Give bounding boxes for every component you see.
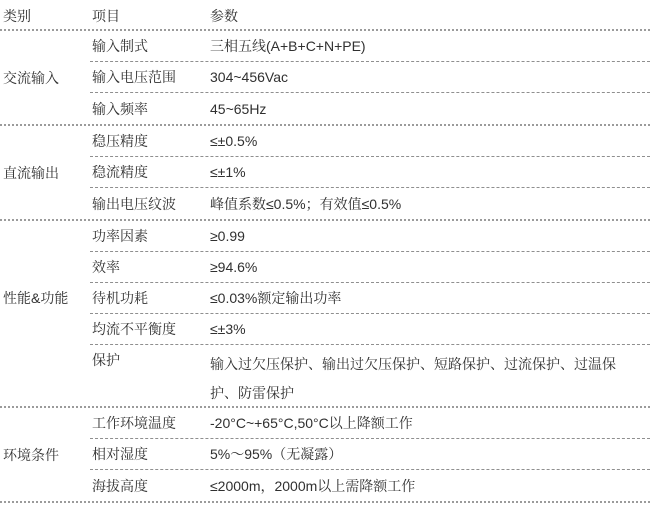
header-cell-category: 类别	[0, 6, 90, 26]
section-dc-output: 直流输出 稳压精度 ≤±0.5% 稳流精度 ≤±1% 输出电压纹波 峰值系数≤0…	[0, 126, 650, 219]
param-cell: ≤±1%	[210, 164, 650, 180]
item-cell: 稳压精度	[90, 131, 210, 151]
item-cell: 工作环境温度	[90, 413, 210, 433]
spec-table: 类别 项目 参数 交流输入 输入制式 三相五线(A+B+C+N+PE) 输入电压…	[0, 0, 650, 503]
category-label: 环境条件	[0, 408, 90, 501]
item-cell: 相对湿度	[90, 444, 210, 464]
item-cell: 保护	[90, 350, 210, 370]
param-cell: ≥0.99	[210, 228, 650, 244]
table-row: 待机功耗 ≤0.03%额定输出功率	[90, 283, 650, 314]
section-performance: 性能&功能 功率因素 ≥0.99 效率 ≥94.6% 待机功耗 ≤0.03%额定…	[0, 221, 650, 406]
param-cell: ≤2000m，2000m以上需降额工作	[210, 476, 650, 496]
item-cell: 功率因素	[90, 226, 210, 246]
category-label: 性能&功能	[0, 221, 90, 406]
param-cell: 三相五线(A+B+C+N+PE)	[210, 36, 650, 56]
table-row: 效率 ≥94.6%	[90, 252, 650, 283]
section-ac-input: 交流输入 输入制式 三相五线(A+B+C+N+PE) 输入电压范围 304~45…	[0, 31, 650, 124]
item-cell: 均流不平衡度	[90, 319, 210, 339]
param-cell: 304~456Vac	[210, 69, 650, 85]
table-row: 输入频率 45~65Hz	[90, 93, 650, 124]
item-cell: 海拔高度	[90, 476, 210, 496]
table-row: 输入电压范围 304~456Vac	[90, 62, 650, 93]
table-row: 输入制式 三相五线(A+B+C+N+PE)	[90, 31, 650, 62]
table-row: 输出电压纹波 峰值系数≤0.5%；有效值≤0.5%	[90, 188, 650, 219]
header-row: 类别 项目 参数	[0, 3, 650, 29]
header-cell-item: 项目	[90, 6, 210, 26]
param-cell: ≤±3%	[210, 321, 650, 337]
param-cell: ≤±0.5%	[210, 133, 650, 149]
table-row: 均流不平衡度 ≤±3%	[90, 314, 650, 345]
table-row: 稳流精度 ≤±1%	[90, 157, 650, 188]
header-cell-param: 参数	[210, 6, 650, 26]
table-row: 海拔高度 ≤2000m，2000m以上需降额工作	[90, 470, 650, 501]
table-row: 工作环境温度 -20°C~+65°C,50°C以上降额工作	[90, 408, 650, 439]
param-cell: 输入过欠压保护、输出过欠压保护、短路保护、过流保护、过温保护、防雷保护	[210, 350, 650, 408]
param-cell: ≥94.6%	[210, 259, 650, 275]
param-cell: ≤0.03%额定输出功率	[210, 288, 650, 308]
param-cell: 5%～95%（无凝露）	[210, 444, 650, 464]
param-cell: 45~65Hz	[210, 101, 650, 117]
table-row: 稳压精度 ≤±0.5%	[90, 126, 650, 157]
table-row: 相对湿度 5%～95%（无凝露）	[90, 439, 650, 470]
section-environment: 环境条件 工作环境温度 -20°C~+65°C,50°C以上降额工作 相对湿度 …	[0, 408, 650, 501]
item-cell: 输入频率	[90, 99, 210, 119]
item-cell: 效率	[90, 257, 210, 277]
section-divider	[0, 501, 650, 503]
table-row: 保护 输入过欠压保护、输出过欠压保护、短路保护、过流保护、过温保护、防雷保护	[90, 345, 650, 406]
item-cell: 输出电压纹波	[90, 194, 210, 214]
param-cell: -20°C~+65°C,50°C以上降额工作	[210, 413, 650, 433]
item-cell: 稳流精度	[90, 162, 210, 182]
param-cell: 峰值系数≤0.5%；有效值≤0.5%	[210, 194, 650, 214]
category-label: 直流输出	[0, 126, 90, 219]
item-cell: 输入电压范围	[90, 67, 210, 87]
category-label: 交流输入	[0, 31, 90, 124]
item-cell: 输入制式	[90, 36, 210, 56]
table-row: 功率因素 ≥0.99	[90, 221, 650, 252]
item-cell: 待机功耗	[90, 288, 210, 308]
